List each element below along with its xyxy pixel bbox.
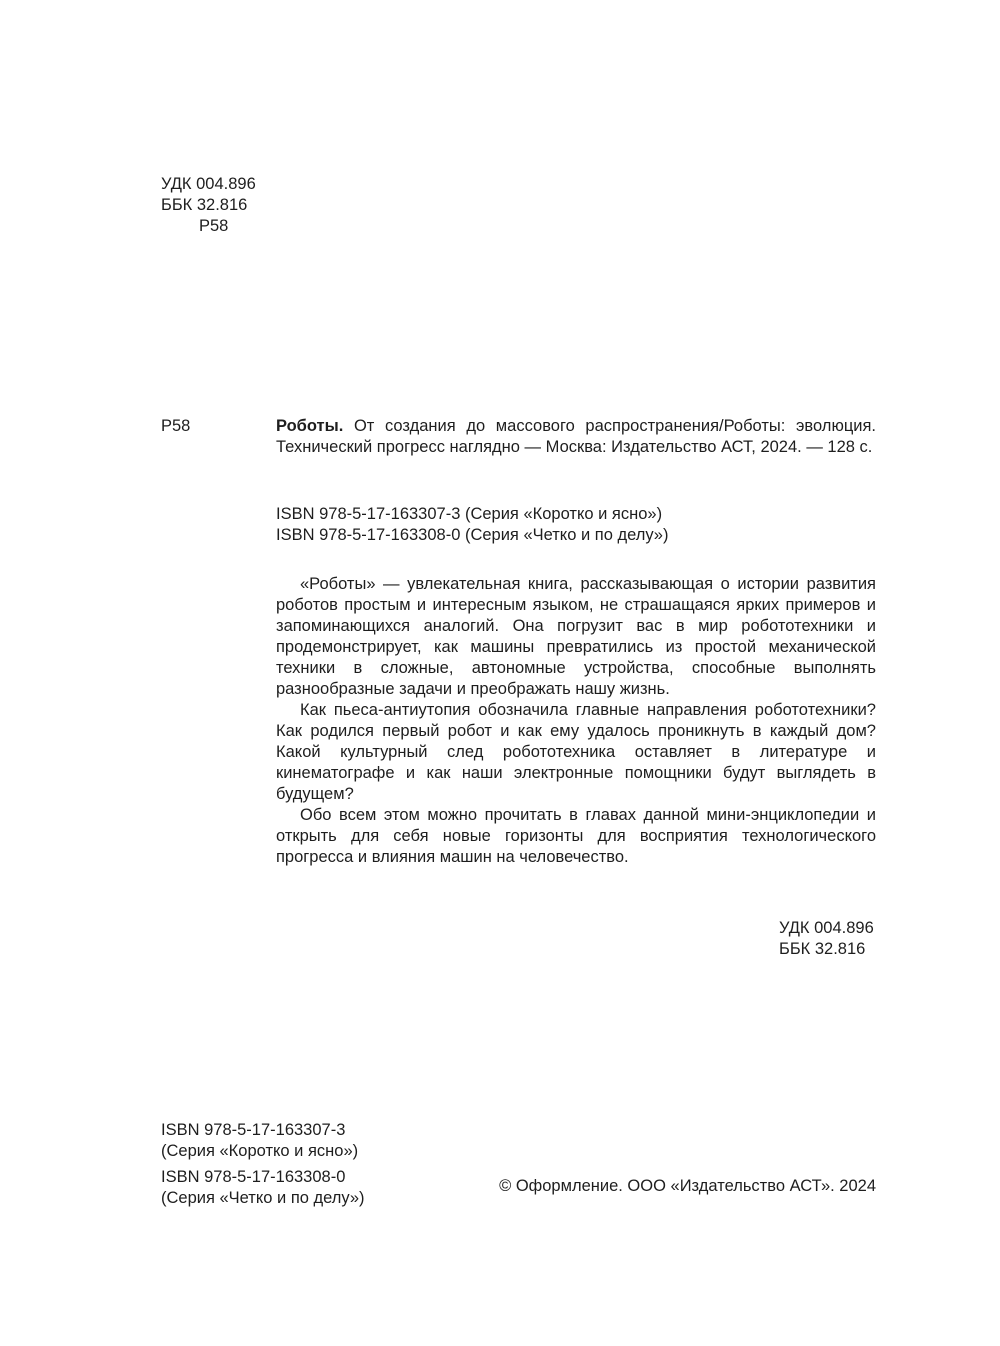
header-classification-codes: УДК 004.896 ББК 32.816 Р58 bbox=[161, 174, 256, 237]
footer-isbn-block: ISBN 978-5-17-163307-3 (Серия «Коротко и… bbox=[161, 1120, 365, 1214]
isbn-item: ISBN 978-5-17-163307-3 (Серия «Коротко и… bbox=[276, 504, 668, 525]
bottom-classification-codes: УДК 004.896 ББК 32.816 bbox=[779, 918, 874, 960]
catalog-entry-description: От создания до массового распространения… bbox=[276, 417, 876, 456]
book-abstract: «Роботы» — увлекательная книга, рассказы… bbox=[276, 574, 876, 868]
author-mark: Р58 bbox=[161, 216, 256, 237]
bbk-code: ББК 32.816 bbox=[161, 195, 256, 216]
abstract-paragraph: Обо всем этом можно прочитать в главах д… bbox=[276, 805, 876, 868]
footer-series: (Серия «Четко и по делу») bbox=[161, 1188, 365, 1209]
book-title: Роботы. bbox=[276, 417, 343, 435]
abstract-paragraph: Как пьеса-антиутопия обозначила главные … bbox=[276, 700, 876, 805]
bbk-code: ББК 32.816 bbox=[779, 939, 874, 960]
footer-isbn: ISBN 978-5-17-163307-3 bbox=[161, 1120, 365, 1141]
copyright-notice: © Оформление. ООО «Издательство АСТ». 20… bbox=[499, 1176, 876, 1197]
footer-isbn-group: ISBN 978-5-17-163307-3 (Серия «Коротко и… bbox=[161, 1120, 365, 1162]
isbn-item: ISBN 978-5-17-163308-0 (Серия «Четко и п… bbox=[276, 525, 668, 546]
isbn-list: ISBN 978-5-17-163307-3 (Серия «Коротко и… bbox=[276, 504, 668, 546]
catalog-entry: Роботы. От создания до массового распрос… bbox=[276, 416, 876, 458]
footer-isbn: ISBN 978-5-17-163308-0 bbox=[161, 1167, 365, 1188]
footer-isbn-group: ISBN 978-5-17-163308-0 (Серия «Четко и п… bbox=[161, 1167, 365, 1209]
catalog-entry-author-mark: Р58 bbox=[161, 416, 190, 437]
udk-code: УДК 004.896 bbox=[779, 918, 874, 939]
footer-series: (Серия «Коротко и ясно») bbox=[161, 1141, 365, 1162]
udk-code: УДК 004.896 bbox=[161, 174, 256, 195]
abstract-paragraph: «Роботы» — увлекательная книга, рассказы… bbox=[276, 574, 876, 700]
